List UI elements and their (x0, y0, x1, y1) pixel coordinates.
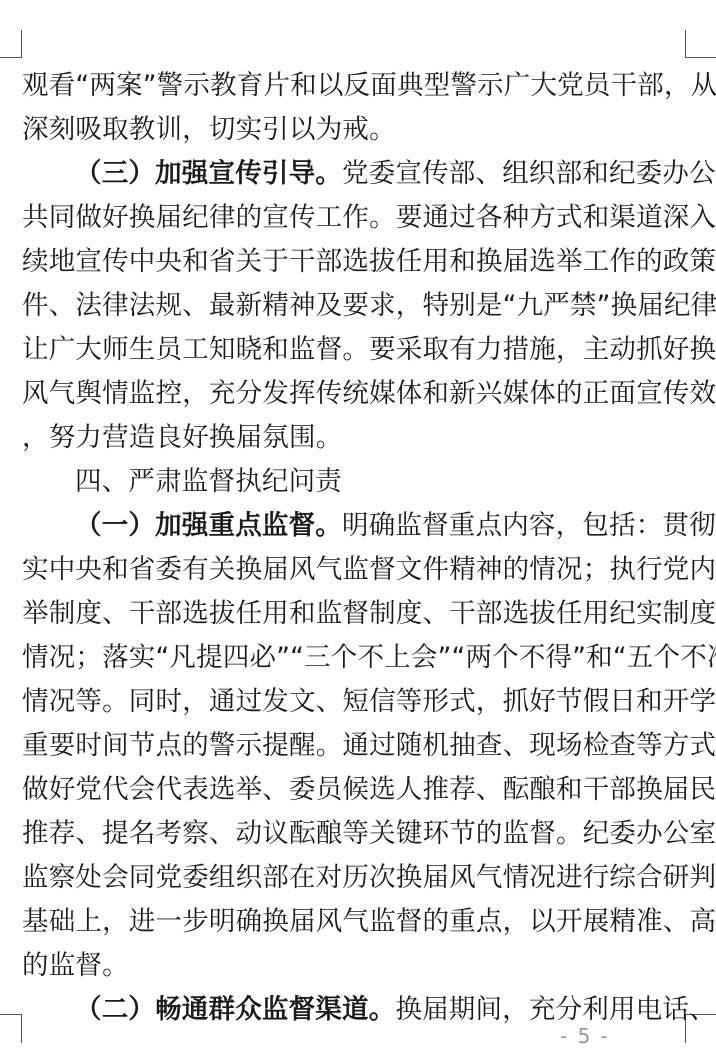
text-line: 深刻吸取教训，切实引以为戒。 (22, 108, 694, 152)
text-line: ，努力营造良好换届氛围。 (22, 416, 694, 460)
text-line: 举制度、干部选拔任用和监督制度、干部选拔任用纪实制度的 (22, 592, 694, 636)
section-heading: 四、严肃监督执纪问责 (22, 460, 694, 504)
text-line: 风气舆情监控，充分发挥传统媒体和新兴媒体的正面宣传效应 (22, 372, 694, 416)
subsection-heading: （二）畅通群众监督渠道。 (75, 994, 395, 1025)
text-line: 情况；落实“凡提四必”“三个不上会”“两个不得”和“五个不准”的 (22, 636, 694, 680)
text-line: 基础上，进一步明确换届风气监督的重点，以开展精准、高效 (22, 900, 694, 944)
text-line: 推荐、提名考察、动议酝酿等关键环节的监督。纪委办公室、 (22, 812, 694, 856)
text-line: 续地宣传中央和省关于干部选拔任用和换届选举工作的政策文 (22, 240, 694, 284)
text-run: 明确监督重点内容，包括：贯彻落 (342, 510, 716, 541)
text-run: 党委宣传部、组织部和纪委办公室 (342, 158, 716, 189)
crop-mark-bottom-left (0, 1014, 22, 1043)
text-line: 情况等。同时，通过发文、短信等形式，抓好节假日和开学等 (22, 680, 694, 724)
text-run: 换届期间，充分利用电话、信 (395, 994, 716, 1025)
text-line: 共同做好换届纪律的宣传工作。要通过各种方式和渠道深入持 (22, 196, 694, 240)
document-body: 观看“两案”警示教育片和以反面典型警示广大党员干部，从中 深刻吸取教训，切实引以… (22, 64, 694, 1032)
subsection-heading: （一）加强重点监督。 (75, 510, 342, 541)
text-line: 件、法律法规、最新精神及要求，特别是“九严禁”换届纪律， (22, 284, 694, 328)
text-line: 让广大师生员工知晓和监督。要采取有力措施，主动抓好换届 (22, 328, 694, 372)
subsection-heading-line: （三）加强宣传引导。党委宣传部、组织部和纪委办公室 (22, 152, 694, 196)
text-line: 监察处会同党委组织部在对历次换届风气情况进行综合研判的 (22, 856, 694, 900)
subsection-heading: （三）加强宣传引导。 (75, 158, 342, 189)
crop-mark-top-left (0, 30, 22, 58)
text-line: 实中央和省委有关换届风气监督文件精神的情况；执行党内选 (22, 548, 694, 592)
text-line: 重要时间节点的警示提醒。通过随机抽查、现场检查等方式， (22, 724, 694, 768)
text-line: 做好党代会代表选举、委员候选人推荐、酝酿和干部换届民主 (22, 768, 694, 812)
text-line: 的监督。 (22, 944, 694, 988)
crop-mark-top-right (685, 30, 716, 58)
subsection-heading-line: （一）加强重点监督。明确监督重点内容，包括：贯彻落 (22, 504, 694, 548)
text-line: 观看“两案”警示教育片和以反面典型警示广大党员干部，从中 (22, 64, 694, 108)
page-number: - 5 - (560, 1024, 610, 1048)
